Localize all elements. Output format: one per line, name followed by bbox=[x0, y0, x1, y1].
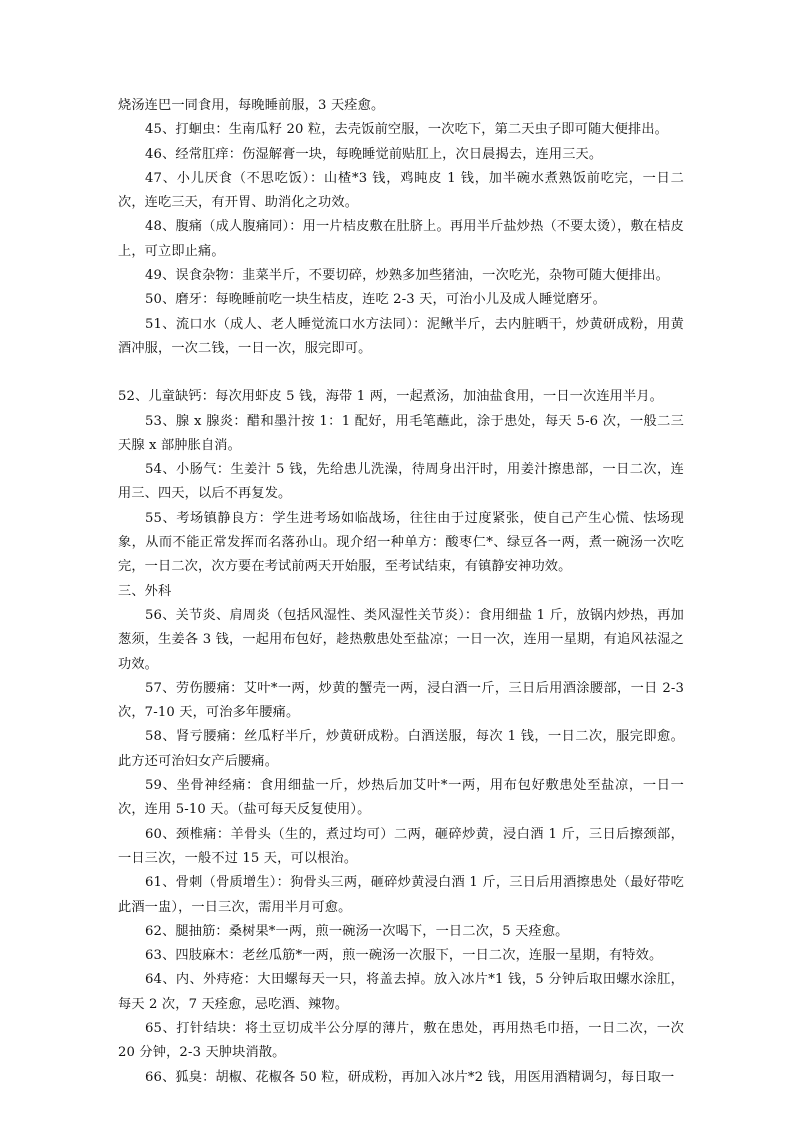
remedy-paragraph: 46、经常肛痒：伤湿解膏一块，每晚睡觉前贴肛上，次日晨揭去，连用三天。 bbox=[118, 143, 684, 167]
remedy-paragraph: 烧汤连巴一同食用，每晚睡前服，3 天痊愈。 bbox=[118, 94, 684, 118]
remedy-paragraph: 59、坐骨神经痛：食用细盐一斤，炒热后加艾叶*一两，用布包好敷患处至盐凉，一日一… bbox=[118, 774, 684, 823]
remedy-paragraph: 54、小肠气：生姜汁 5 钱，先给患儿洗澡，待周身出汗时，用姜汁擦患部，一日二次… bbox=[118, 458, 684, 507]
remedy-paragraph: 53、腺 x 腺炎：醋和墨汁按 1：1 配好，用毛笔蘸此，涂于患处，每天 5-6… bbox=[118, 410, 684, 459]
remedy-paragraph: 57、劳伤腰痛：艾叶*一两，炒黄的蟹壳一两，浸白酒一斤，三日后用酒涂腰部，一日 … bbox=[118, 677, 684, 726]
remedy-paragraph: 48、腹痛（成人腹痛同）：用一片桔皮敷在肚脐上。再用半斤盐炒热（不要太烫），敷在… bbox=[118, 215, 684, 264]
blank-line bbox=[118, 361, 684, 385]
section-heading: 三、外科 bbox=[118, 580, 684, 604]
document-page: 烧汤连巴一同食用，每晚睡前服，3 天痊愈。45、打蛔虫：生南瓜籽 20 粒，去壳… bbox=[118, 94, 684, 1090]
remedy-paragraph: 58、肾亏腰痛：丝瓜籽半斤，炒黄研成粉。白酒送服，每次 1 钱，一日二次，服完即… bbox=[118, 725, 684, 774]
remedy-paragraph: 62、腿抽筋：桑树果*一两，煎一碗汤一次喝下，一日二次，5 天痊愈。 bbox=[118, 920, 684, 944]
remedy-paragraph: 51、流口水（成人、老人睡觉流口水方法同）：泥鳅半斤，去内脏晒干，炒黄研成粉，用… bbox=[118, 313, 684, 362]
remedy-paragraph: 45、打蛔虫：生南瓜籽 20 粒，去壳饭前空服，一次吃下，第二天虫子即可随大便排… bbox=[118, 118, 684, 142]
remedy-paragraph: 60、颈椎痛：羊骨头（生的，煮过均可）二两，砸碎炒黄，浸白酒 1 斤，三日后擦颈… bbox=[118, 823, 684, 872]
remedy-paragraph: 65、打针结块：将土豆切成半公分厚的薄片，敷在患处，再用热毛巾捂，一日二次，一次… bbox=[118, 1017, 684, 1066]
remedy-paragraph: 52、儿童缺钙：每次用虾皮 5 钱，海带 1 两，一起煮汤，加油盐食用，一日一次… bbox=[118, 385, 684, 409]
remedy-paragraph: 64、内、外痔疮：大田螺每天一只，将盖去掉。放入冰片*1 钱，5 分钟后取田螺水… bbox=[118, 968, 684, 1017]
remedy-paragraph: 47、小儿厌食（不思吃饭）：山楂*3 钱，鸡盹皮 1 钱，加半碗水煮熟饭前吃完，… bbox=[118, 167, 684, 216]
remedy-paragraph: 61、骨刺（骨质增生）：狗骨头三两，砸碎炒黄浸白酒 1 斤，三日后用酒擦患处（最… bbox=[118, 871, 684, 920]
remedy-paragraph: 66、狐臭：胡椒、花椒各 50 粒，研成粉，再加入冰片*2 钱，用医用酒精调匀，… bbox=[118, 1066, 684, 1090]
remedy-paragraph: 63、四肢麻木：老丝瓜筋*一两，煎一碗汤一次服下，一日二次，连服一星期，有特效。 bbox=[118, 944, 684, 968]
remedy-paragraph: 56、关节炎、肩周炎（包括风湿性、类风湿性关节炎）：食用细盐 1 斤，放锅内炒热… bbox=[118, 604, 684, 677]
remedy-paragraph: 49、误食杂物：韭菜半斤，不要切碎，炒熟多加些猪油，一次吃光，杂物可随大便排出。 bbox=[118, 264, 684, 288]
remedy-paragraph: 55、考场镇静良方：学生进考场如临战场，往往由于过度紧张，使自己产生心慌、怯场现… bbox=[118, 507, 684, 580]
remedy-paragraph: 50、磨牙：每晚睡前吃一块生桔皮，连吃 2-3 天，可治小儿及成人睡觉磨牙。 bbox=[118, 288, 684, 312]
